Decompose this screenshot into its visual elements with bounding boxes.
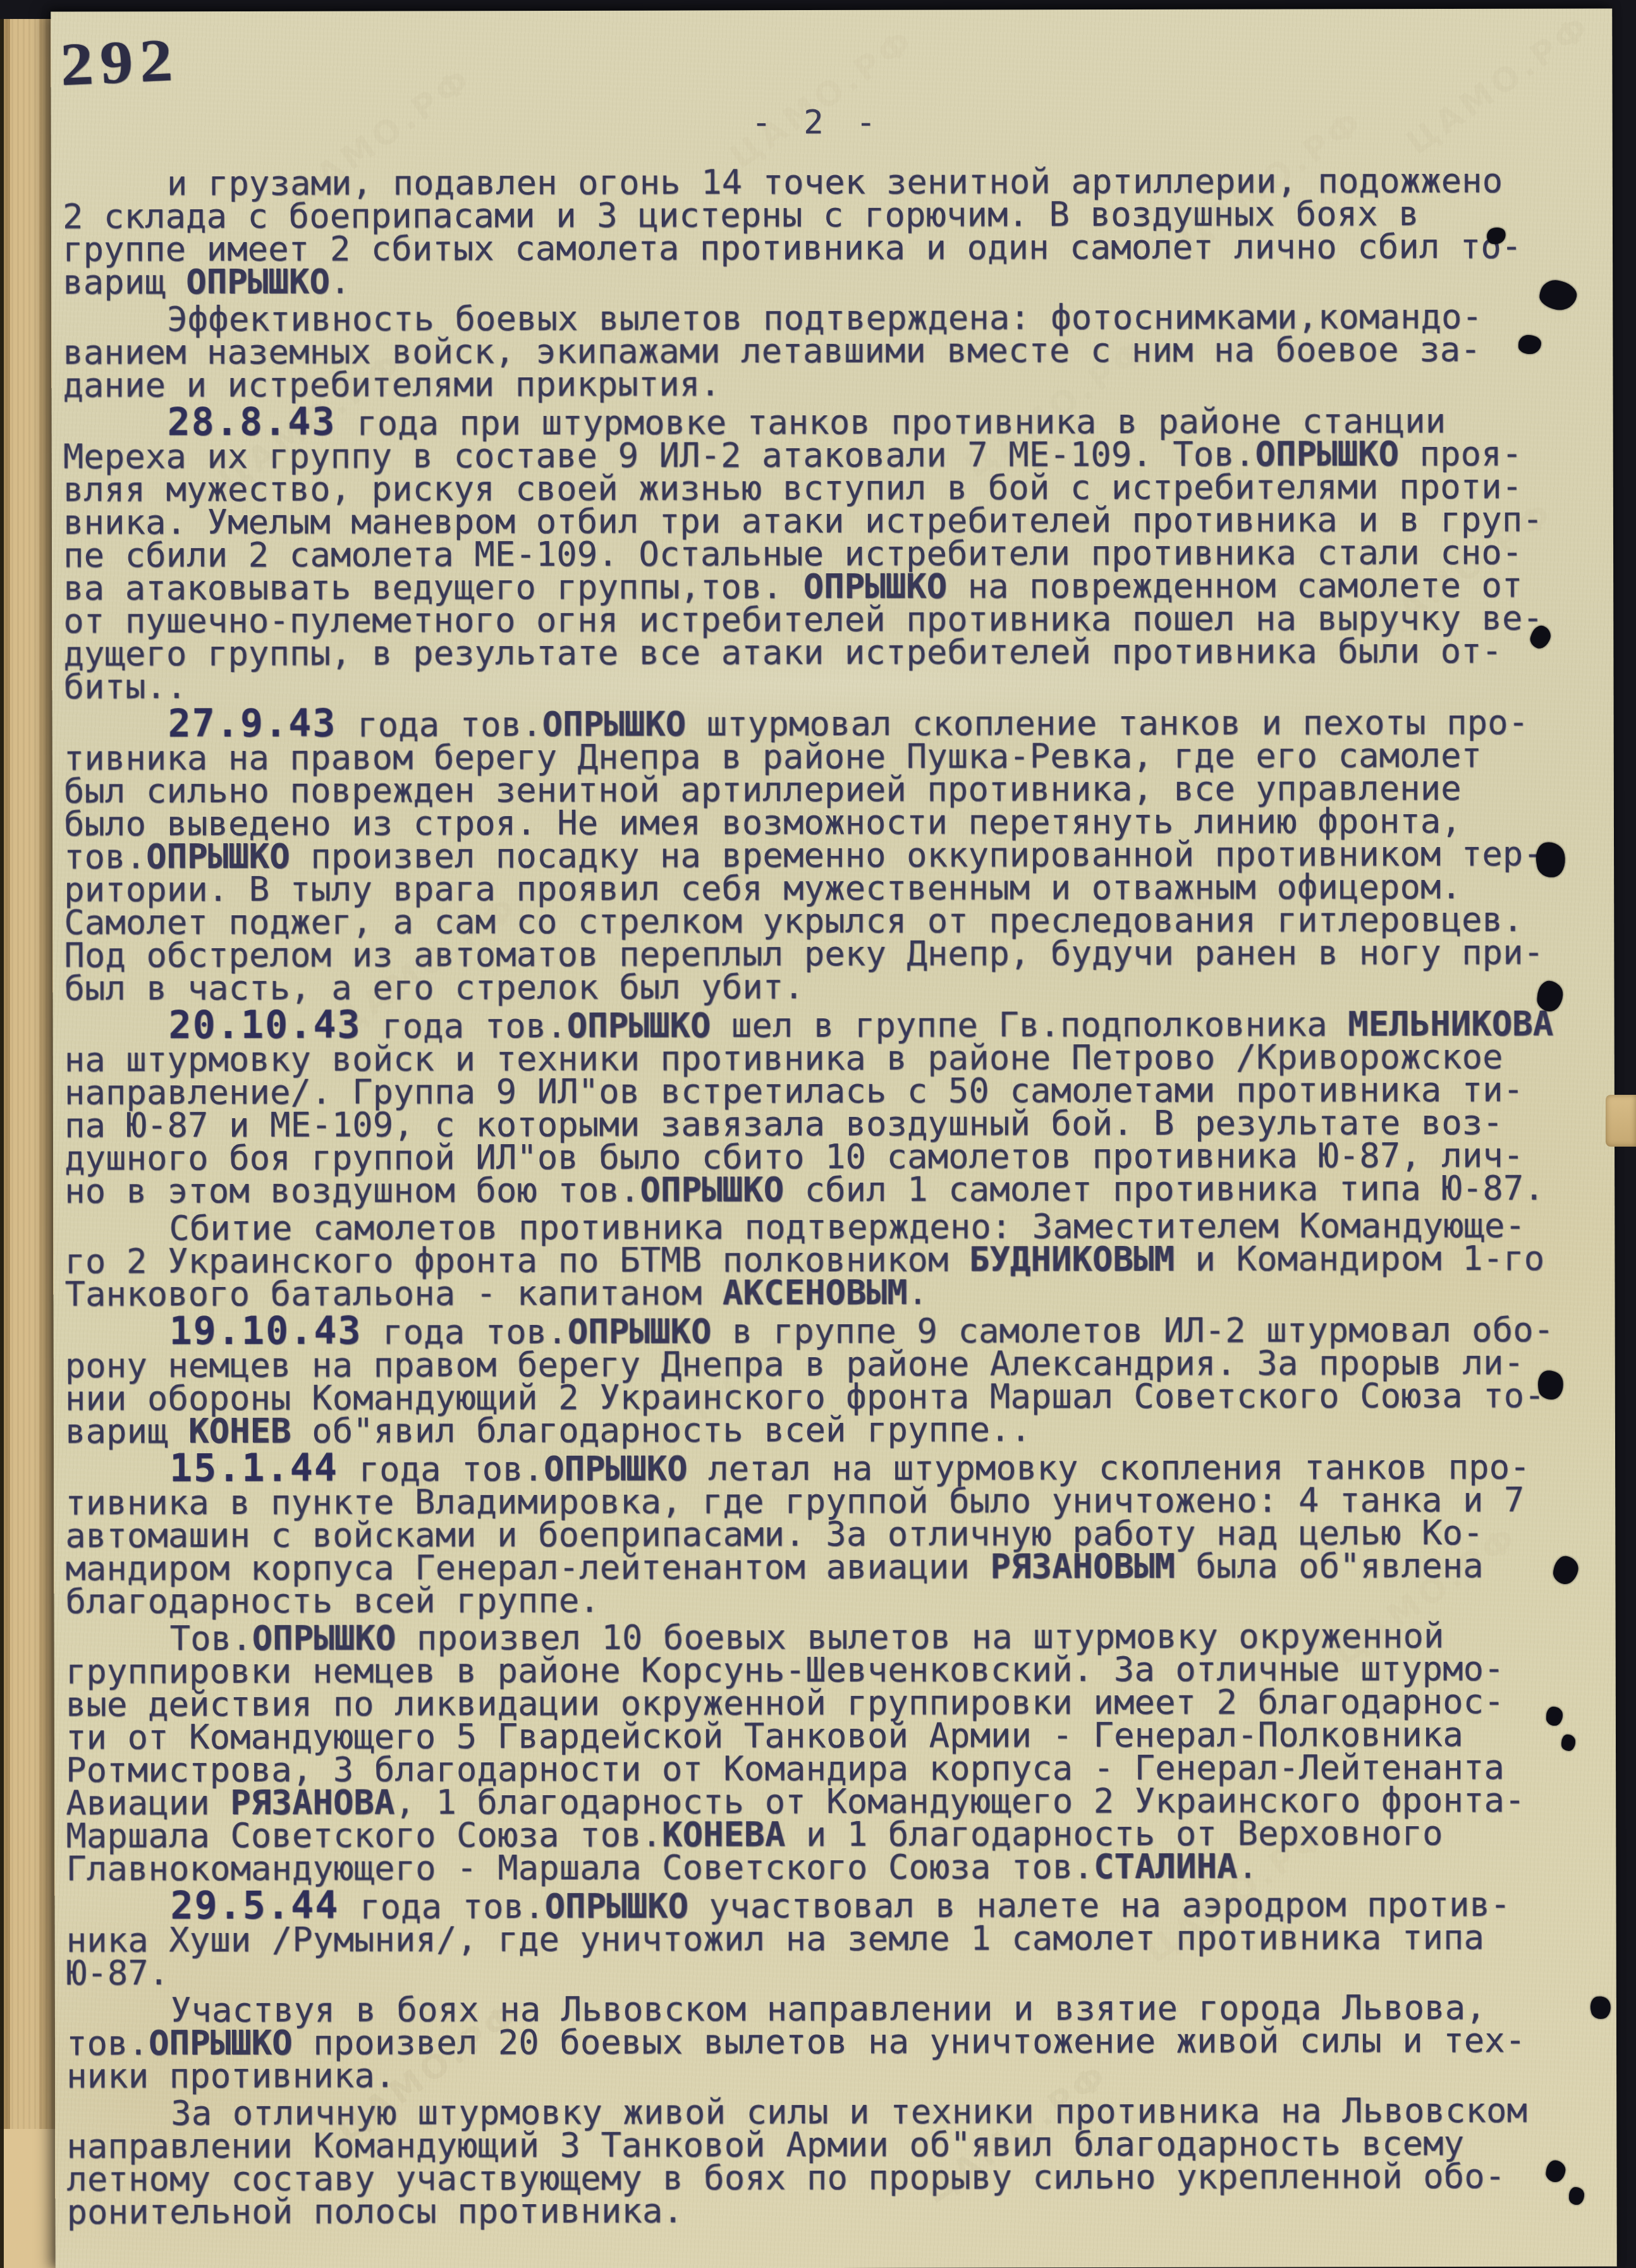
- document-text: и грузами, подавлен огонь 14 точек зенит…: [63, 164, 1606, 2228]
- paragraph-7: 19.10.43 года тов.ОПРЫШКО в группе 9 сам…: [65, 1312, 1604, 1448]
- camo-watermark: ЦАМО.РФ: [724, 21, 923, 176]
- paragraph-2: Эффективность боевых вылетов подтвержден…: [63, 300, 1601, 401]
- paragraph-6: Сбитие самолетов противника подтверждено…: [64, 1209, 1603, 1310]
- paragraph-11: Участвуя в боях на Львовском направлении…: [66, 1991, 1605, 2092]
- tape-fragment: [1606, 1095, 1636, 1147]
- paragraph-1: и грузами, подавлен огонь 14 точек зенит…: [63, 164, 1601, 298]
- paragraph-10: 29.5.44 года тов.ОПРЫШКО участвовал в на…: [66, 1886, 1604, 1989]
- paragraph-12: За отличную штурмовку живой силы и техни…: [66, 2094, 1605, 2228]
- paragraph-8: 15.1.44 года тов.ОПРЫШКО летал на штурмо…: [65, 1449, 1604, 1618]
- watermark-layer: ЦАМО.РФЦАМО.РФЦАМО.РФЦАМО.РФЦАМО.РФЦАМО.…: [51, 8, 1612, 11]
- page-marker: - 2 -: [752, 104, 882, 142]
- document-scan: 292 - 2 - и грузами, подавлен огонь 14 т…: [0, 0, 1636, 2268]
- paragraph-9: Тов.ОПРЫШКО произвел 10 боевых вылетов н…: [66, 1619, 1605, 1885]
- camo-watermark: ЦАМО.РФ: [1400, 7, 1599, 162]
- paragraph-3: 28.8.43 года при штурмовке танков против…: [63, 403, 1602, 703]
- paragraph-5: 20.10.43 года тов.ОПРЫШКО шел в группе Г…: [64, 1006, 1604, 1207]
- paragraph-4: 27.9.43 года тов.ОПРЫШКО штурмовал скопл…: [64, 704, 1603, 1004]
- page-sheet: 292 - 2 - и грузами, подавлен огонь 14 т…: [51, 8, 1616, 2268]
- page-number-stamp: 292: [59, 24, 181, 99]
